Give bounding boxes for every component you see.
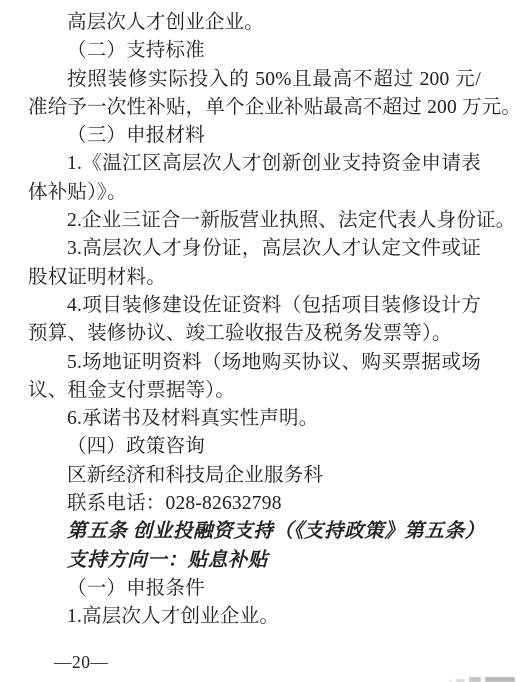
document-line: 预算、装修协议、竣工验收报告及税务发票等）。 xyxy=(28,320,481,348)
document-line: 股权证明材料。 xyxy=(28,264,481,292)
document-line: 联系电话：028-82632798 xyxy=(28,490,481,518)
document-line: （二）支持标准 xyxy=(28,37,481,65)
document-line: 2.企业三证合一新版营业执照、法定代表人身份证。 xyxy=(28,207,481,235)
document-body: 高层次人才创业企业。（二）支持标准按照装修实际投入的 50%且最高不超过 200… xyxy=(28,9,481,632)
document-line: 5.场地证明资料（场地购买协议、购买票据或场地租赁协 xyxy=(28,349,481,377)
document-line: 1.高层次人才创业企业。 xyxy=(28,603,481,631)
document-line: （四）政策咨询 xyxy=(28,433,481,461)
document-line: 4.项目装修建设佐证资料（包括项目装修设计方案、工程 xyxy=(28,292,481,320)
document-heading-line: 支持方向一：贴息补贴 xyxy=(28,547,481,575)
document-line: 1.《温江区高层次人才创新创业支持资金申请表（创业载 xyxy=(28,150,481,178)
document-line: 3.高层次人才身份证，高层次人才认定文件或证书，企业 xyxy=(28,235,481,263)
document-heading-line: 第五条 创业投融资支持（《支持政策》第五条） xyxy=(28,518,481,546)
document-line: （一）申报条件 xyxy=(28,575,481,603)
document-line: 6.承诺书及材料真实性声明。 xyxy=(28,405,481,433)
document-page: 高层次人才创业企业。（二）支持标准按照装修实际投入的 50%且最高不超过 200… xyxy=(0,0,521,682)
document-line: 准给予一次性补贴，单个企业补贴最高不超过 200 万元。 xyxy=(28,94,481,122)
document-line: 高层次人才创业企业。 xyxy=(28,9,481,37)
document-line: 按照装修实际投入的 50%且最高不超过 200 元/平方米的标 xyxy=(28,66,481,94)
document-line: 议、租金支付票据等）。 xyxy=(28,377,481,405)
document-line: 区新经济和科技局企业服务科 xyxy=(28,462,481,490)
page-number: —20— xyxy=(54,652,109,673)
document-line: （三）申报材料 xyxy=(28,122,481,150)
document-line: 体补贴）》。 xyxy=(28,179,481,207)
watermark-fragment xyxy=(449,673,515,682)
